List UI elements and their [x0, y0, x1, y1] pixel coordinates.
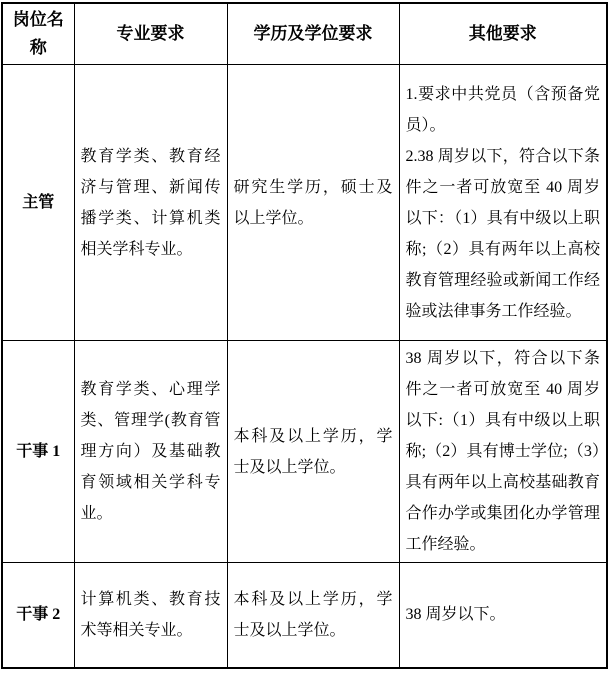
- other-requirement-line-1: 1.要求中共党员（含预备党员）。: [406, 79, 601, 141]
- other-requirement-line-1: 38 周岁以下，符合以下条件之一者可放宽至 40 周岁以下:（1）具有中级以上职…: [406, 343, 601, 560]
- cell-education-supervisor: 研究生学历，硕士及以上学位。: [227, 65, 399, 341]
- cell-other-officer-2: 38 周岁以下。: [399, 563, 607, 668]
- column-header-position: 岗位名称: [2, 3, 74, 65]
- cell-other-supervisor: 1.要求中共党员（含预备党员）。 2.38 周岁以下，符合以下条件之一者可放宽至…: [399, 65, 607, 341]
- cell-position-officer-1: 干事 1: [2, 341, 74, 563]
- table-row-supervisor: 主管 教育学类、教育经济与管理、新闻传播学类、计算机类相关学科专业。 研究生学历…: [2, 65, 607, 341]
- cell-education-officer-1: 本科及以上学历，学士及以上学位。: [227, 341, 399, 563]
- other-requirement-line-1: 38 周岁以下。: [406, 599, 601, 630]
- column-header-other: 其他要求: [399, 3, 607, 65]
- cell-other-officer-1: 38 周岁以下，符合以下条件之一者可放宽至 40 周岁以下:（1）具有中级以上职…: [399, 341, 607, 563]
- table-row-officer-1: 干事 1 教育学类、心理学类、管理学(教育管理方向）及基础教育领域相关学科专业。…: [2, 341, 607, 563]
- other-requirement-line-2: 2.38 周岁以下，符合以下条件之一者可放宽至 40 周岁以下：（1）具有中级以…: [406, 141, 601, 327]
- column-header-education: 学历及学位要求: [227, 3, 399, 65]
- job-requirements-table: 岗位名称 专业要求 学历及学位要求 其他要求 主管 教育学类、教育经济与管理、新…: [1, 2, 608, 669]
- column-header-major: 专业要求: [74, 3, 227, 65]
- cell-major-officer-2: 计算机类、教育技术等相关专业。: [74, 563, 227, 668]
- cell-position-officer-2: 干事 2: [2, 563, 74, 668]
- cell-major-supervisor: 教育学类、教育经济与管理、新闻传播学类、计算机类相关学科专业。: [74, 65, 227, 341]
- table-header-row: 岗位名称 专业要求 学历及学位要求 其他要求: [2, 3, 607, 65]
- cell-education-officer-2: 本科及以上学历，学士及以上学位。: [227, 563, 399, 668]
- table-row-officer-2: 干事 2 计算机类、教育技术等相关专业。 本科及以上学历，学士及以上学位。 38…: [2, 563, 607, 668]
- cell-position-supervisor: 主管: [2, 65, 74, 341]
- cell-major-officer-1: 教育学类、心理学类、管理学(教育管理方向）及基础教育领域相关学科专业。: [74, 341, 227, 563]
